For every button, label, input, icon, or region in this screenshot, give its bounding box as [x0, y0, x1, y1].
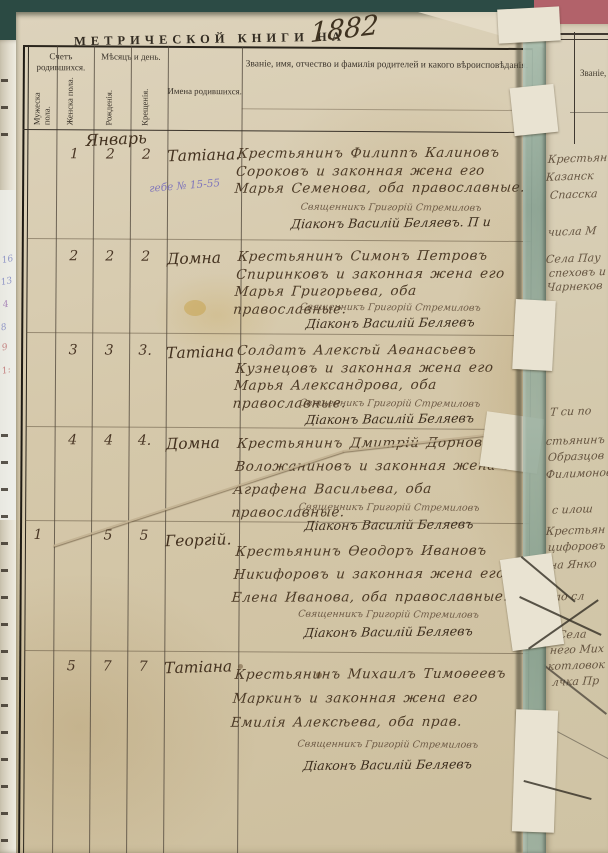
baptism-day: 2 — [131, 249, 161, 265]
handwriting-fragment: с илош — [551, 502, 593, 516]
document-photo: 16 13 4 8 9 1: МЕТРИЧЕСКОЙ КНИГИ НА 1882… — [0, 0, 608, 853]
birth-day: 4 — [94, 432, 124, 448]
handwriting-fragment: Филимонов — [545, 466, 608, 481]
stain — [238, 664, 243, 669]
archival-note: гебе № 15-55 — [149, 177, 221, 195]
baptism-day: 2 — [131, 147, 161, 163]
handwritten-year: 1882 — [309, 10, 379, 50]
col-header-parents: Званіе, имя, отчество и фамилія родителе… — [242, 54, 532, 77]
handwriting-fragment: котловок — [547, 658, 605, 673]
header-faint-line — [242, 108, 532, 111]
pencil-mark: 1: — [1, 365, 12, 377]
column-line — [126, 46, 132, 853]
table-top-border — [23, 45, 532, 50]
torn-paper-chunk — [512, 709, 558, 832]
birth-day: 2 — [95, 248, 125, 264]
next-page-border — [555, 33, 608, 35]
parents-entry: Крестьянинъ Михаилъ Тимоѳеевъ Маркинъ и … — [230, 662, 532, 735]
next-page-header-fragment: Званіе, — [580, 68, 606, 78]
handwriting-fragment: Крестьян — [547, 151, 607, 166]
column-line — [89, 45, 95, 853]
col-header-month-day: Мѣсяцъ и день. — [94, 51, 168, 62]
col-header-names: Имена родившихся. — [166, 86, 244, 96]
col-header-baptism: Крещенія. — [140, 74, 164, 126]
priest-signature: Священникъ Григорій Стремиловъ — [254, 301, 527, 314]
baptism-day: 7 — [128, 659, 158, 675]
priest-signature: Священникъ Григорій Стремиловъ — [254, 201, 527, 214]
deacon-signature: Діаконъ Василій Беляевъ — [252, 516, 526, 534]
handwriting-fragment: спеховъ и — [548, 265, 606, 280]
handwriting-fragment: Т си по — [549, 404, 591, 418]
column-line — [52, 45, 58, 853]
female-count: 3 — [58, 342, 88, 358]
birth-day: 3 — [94, 342, 124, 358]
row-separator — [26, 332, 530, 336]
torn-paper-chunk — [512, 299, 556, 371]
next-page-column-line — [574, 32, 575, 144]
handwriting-fragment: Казанск — [545, 169, 594, 184]
handwriting-fragment: Чарнеков — [546, 279, 603, 294]
deacon-signature: Діаконъ Василій Беляевъ — [251, 623, 525, 641]
baptism-day: 5 — [129, 528, 159, 544]
parents-entry: Крестьянинъ Ѳеодоръ Ивановъ Никифоровъ и… — [231, 540, 533, 610]
parents-entry: Крестьянинъ Филиппъ Калиновъ Сороковъ и … — [234, 145, 535, 199]
female-count: 1 — [59, 146, 89, 162]
female-count: 2 — [59, 248, 89, 264]
register-page: МЕТРИЧЕСКОЙ КНИГИ НА 1882 Счетъ родивших… — [16, 12, 544, 853]
female-count: 4 — [58, 432, 88, 448]
torn-paper-chunk — [510, 84, 559, 136]
col-header-female: Женска пола. — [65, 73, 89, 125]
birth-day: 2 — [95, 146, 125, 162]
col-header-births: Счетъ родившихся. — [28, 51, 94, 73]
row-separator — [27, 238, 531, 242]
handwriting-fragment: числа М — [547, 224, 596, 239]
torn-paper-chunk — [497, 6, 561, 43]
handwriting-fragment: Спасска — [549, 187, 598, 202]
priest-signature: Священникъ Григорій Стремиловъ — [252, 608, 525, 621]
next-page-rule — [570, 112, 608, 113]
deacon-signature: Діаконъ Василій Беляевъ — [253, 314, 527, 332]
priest-signature: Священникъ Григорій Стремиловъ — [253, 397, 526, 410]
next-page-border — [558, 39, 608, 40]
deacon-signature: Діаконъ Василій Беляевъ. П и — [254, 214, 528, 232]
male-count: 1 — [23, 527, 53, 543]
stitch-marks — [1, 55, 8, 145]
priest-signature: Священникъ Григорій Стремиловъ — [253, 501, 526, 514]
handwriting-fragment: Села Пау — [545, 251, 601, 266]
handwriting-fragment: цифоровъ — [547, 539, 605, 554]
priest-signature: Священникъ Григорій Стремиловъ — [251, 738, 524, 751]
handwriting-fragment: стьянинъ — [545, 433, 605, 448]
col-header-male: Мужеска пола. — [32, 73, 56, 125]
register-table: Счетъ родившихся. Мѣсяцъ и день. Мужеска… — [23, 45, 532, 853]
female-count: 5 — [56, 658, 86, 674]
baptism-day: 4. — [130, 433, 160, 449]
handwriting-fragment: Крестьян — [545, 523, 605, 538]
handwriting-fragment: на Янко — [549, 557, 597, 572]
row-separator — [24, 650, 528, 654]
stain — [184, 300, 206, 316]
col-header-birth: Рожденія. — [104, 73, 128, 125]
handwriting-fragment: Образцов — [547, 449, 604, 464]
deacon-signature: Діаконъ Василій Беляевъ — [251, 756, 525, 774]
child-name: Домна — [165, 433, 247, 453]
child-name: Георгій. — [165, 530, 247, 550]
stitch-marks — [1, 410, 8, 853]
baptism-day: 3. — [130, 343, 160, 359]
stain — [316, 672, 322, 678]
birth-day: 7 — [92, 658, 122, 674]
